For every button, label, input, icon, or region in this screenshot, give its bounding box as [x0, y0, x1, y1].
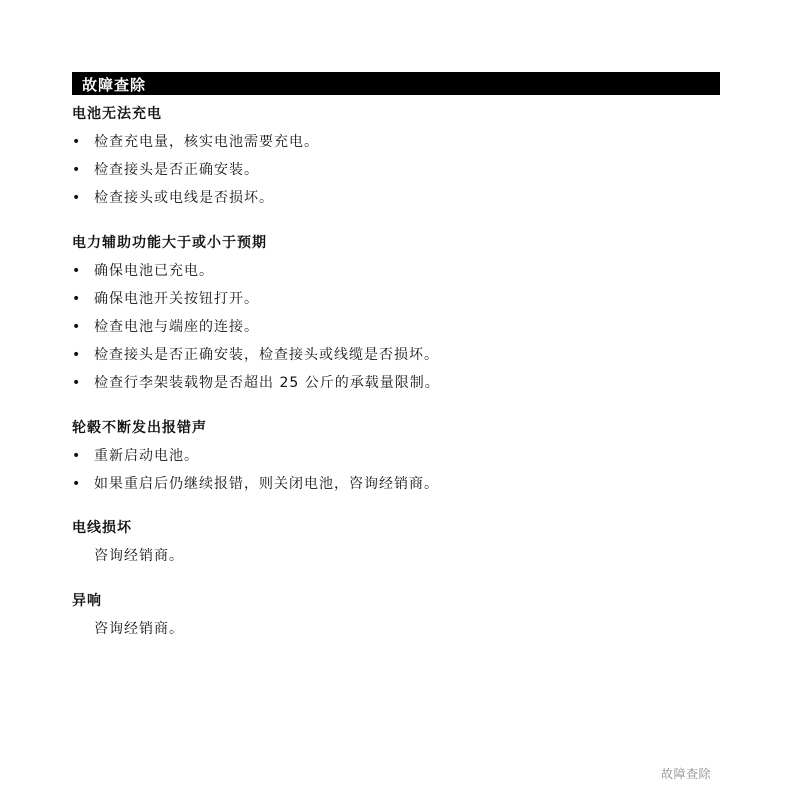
list-item: • 检查接头是否正确安装。 [72, 156, 162, 184]
section-heading: 异响 [72, 591, 184, 611]
section-power-assist: 电力辅助功能大于或小于预期 • 确保电池已充电。 • 确保电池开关按钮打开。 •… [72, 233, 267, 397]
bullet-icon: • [72, 156, 81, 184]
list-item: • 确保电池已充电。 [72, 257, 267, 285]
section-heading: 电池无法充电 [72, 104, 162, 124]
bullet-icon: • [72, 369, 81, 397]
bullet-icon: • [72, 257, 81, 285]
bullet-icon: • [72, 313, 81, 341]
section-heading: 电线损坏 [72, 518, 184, 538]
section-title-bar: 故障查除 [72, 72, 720, 95]
list-item: • 如果重启后仍继续报错，则关闭电池，咨询经销商。 [72, 470, 207, 498]
bullet-icon: • [72, 285, 81, 313]
section-text: 咨询经销商。 [72, 542, 184, 570]
bullet-icon: • [72, 341, 81, 369]
section-battery-not-charging: 电池无法充电 • 检查充电量，核实电池需要充电。 • 检查接头是否正确安装。 •… [72, 104, 162, 212]
bullet-icon: • [72, 184, 81, 212]
list-item: • 重新启动电池。 [72, 442, 207, 470]
section-text: 咨询经销商。 [72, 615, 184, 643]
list-item: • 确保电池开关按钮打开。 [72, 285, 267, 313]
section-abnormal-noise: 异响 咨询经销商。 [72, 591, 184, 643]
page-footer: 故障查除 [661, 765, 711, 782]
list-item: • 检查接头是否正确安装，检查接头或线缆是否损坏。 [72, 341, 267, 369]
list-item: • 检查行李架装载物是否超出 25 公斤的承载量限制。 [72, 369, 267, 397]
bullet-icon: • [72, 128, 81, 156]
section-heading: 电力辅助功能大于或小于预期 [72, 233, 267, 253]
list-item: • 检查接头或电线是否损坏。 [72, 184, 162, 212]
page-title: 故障查除 [82, 74, 146, 95]
list-item: • 检查电池与端座的连接。 [72, 313, 267, 341]
section-heading: 轮毂不断发出报错声 [72, 418, 207, 438]
section-hub-error-beep: 轮毂不断发出报错声 • 重新启动电池。 • 如果重启后仍继续报错，则关闭电池，咨… [72, 418, 207, 498]
list-item: • 检查充电量，核实电池需要充电。 [72, 128, 162, 156]
bullet-icon: • [72, 470, 81, 498]
section-cable-damaged: 电线损坏 咨询经销商。 [72, 518, 184, 570]
bullet-icon: • [72, 442, 81, 470]
